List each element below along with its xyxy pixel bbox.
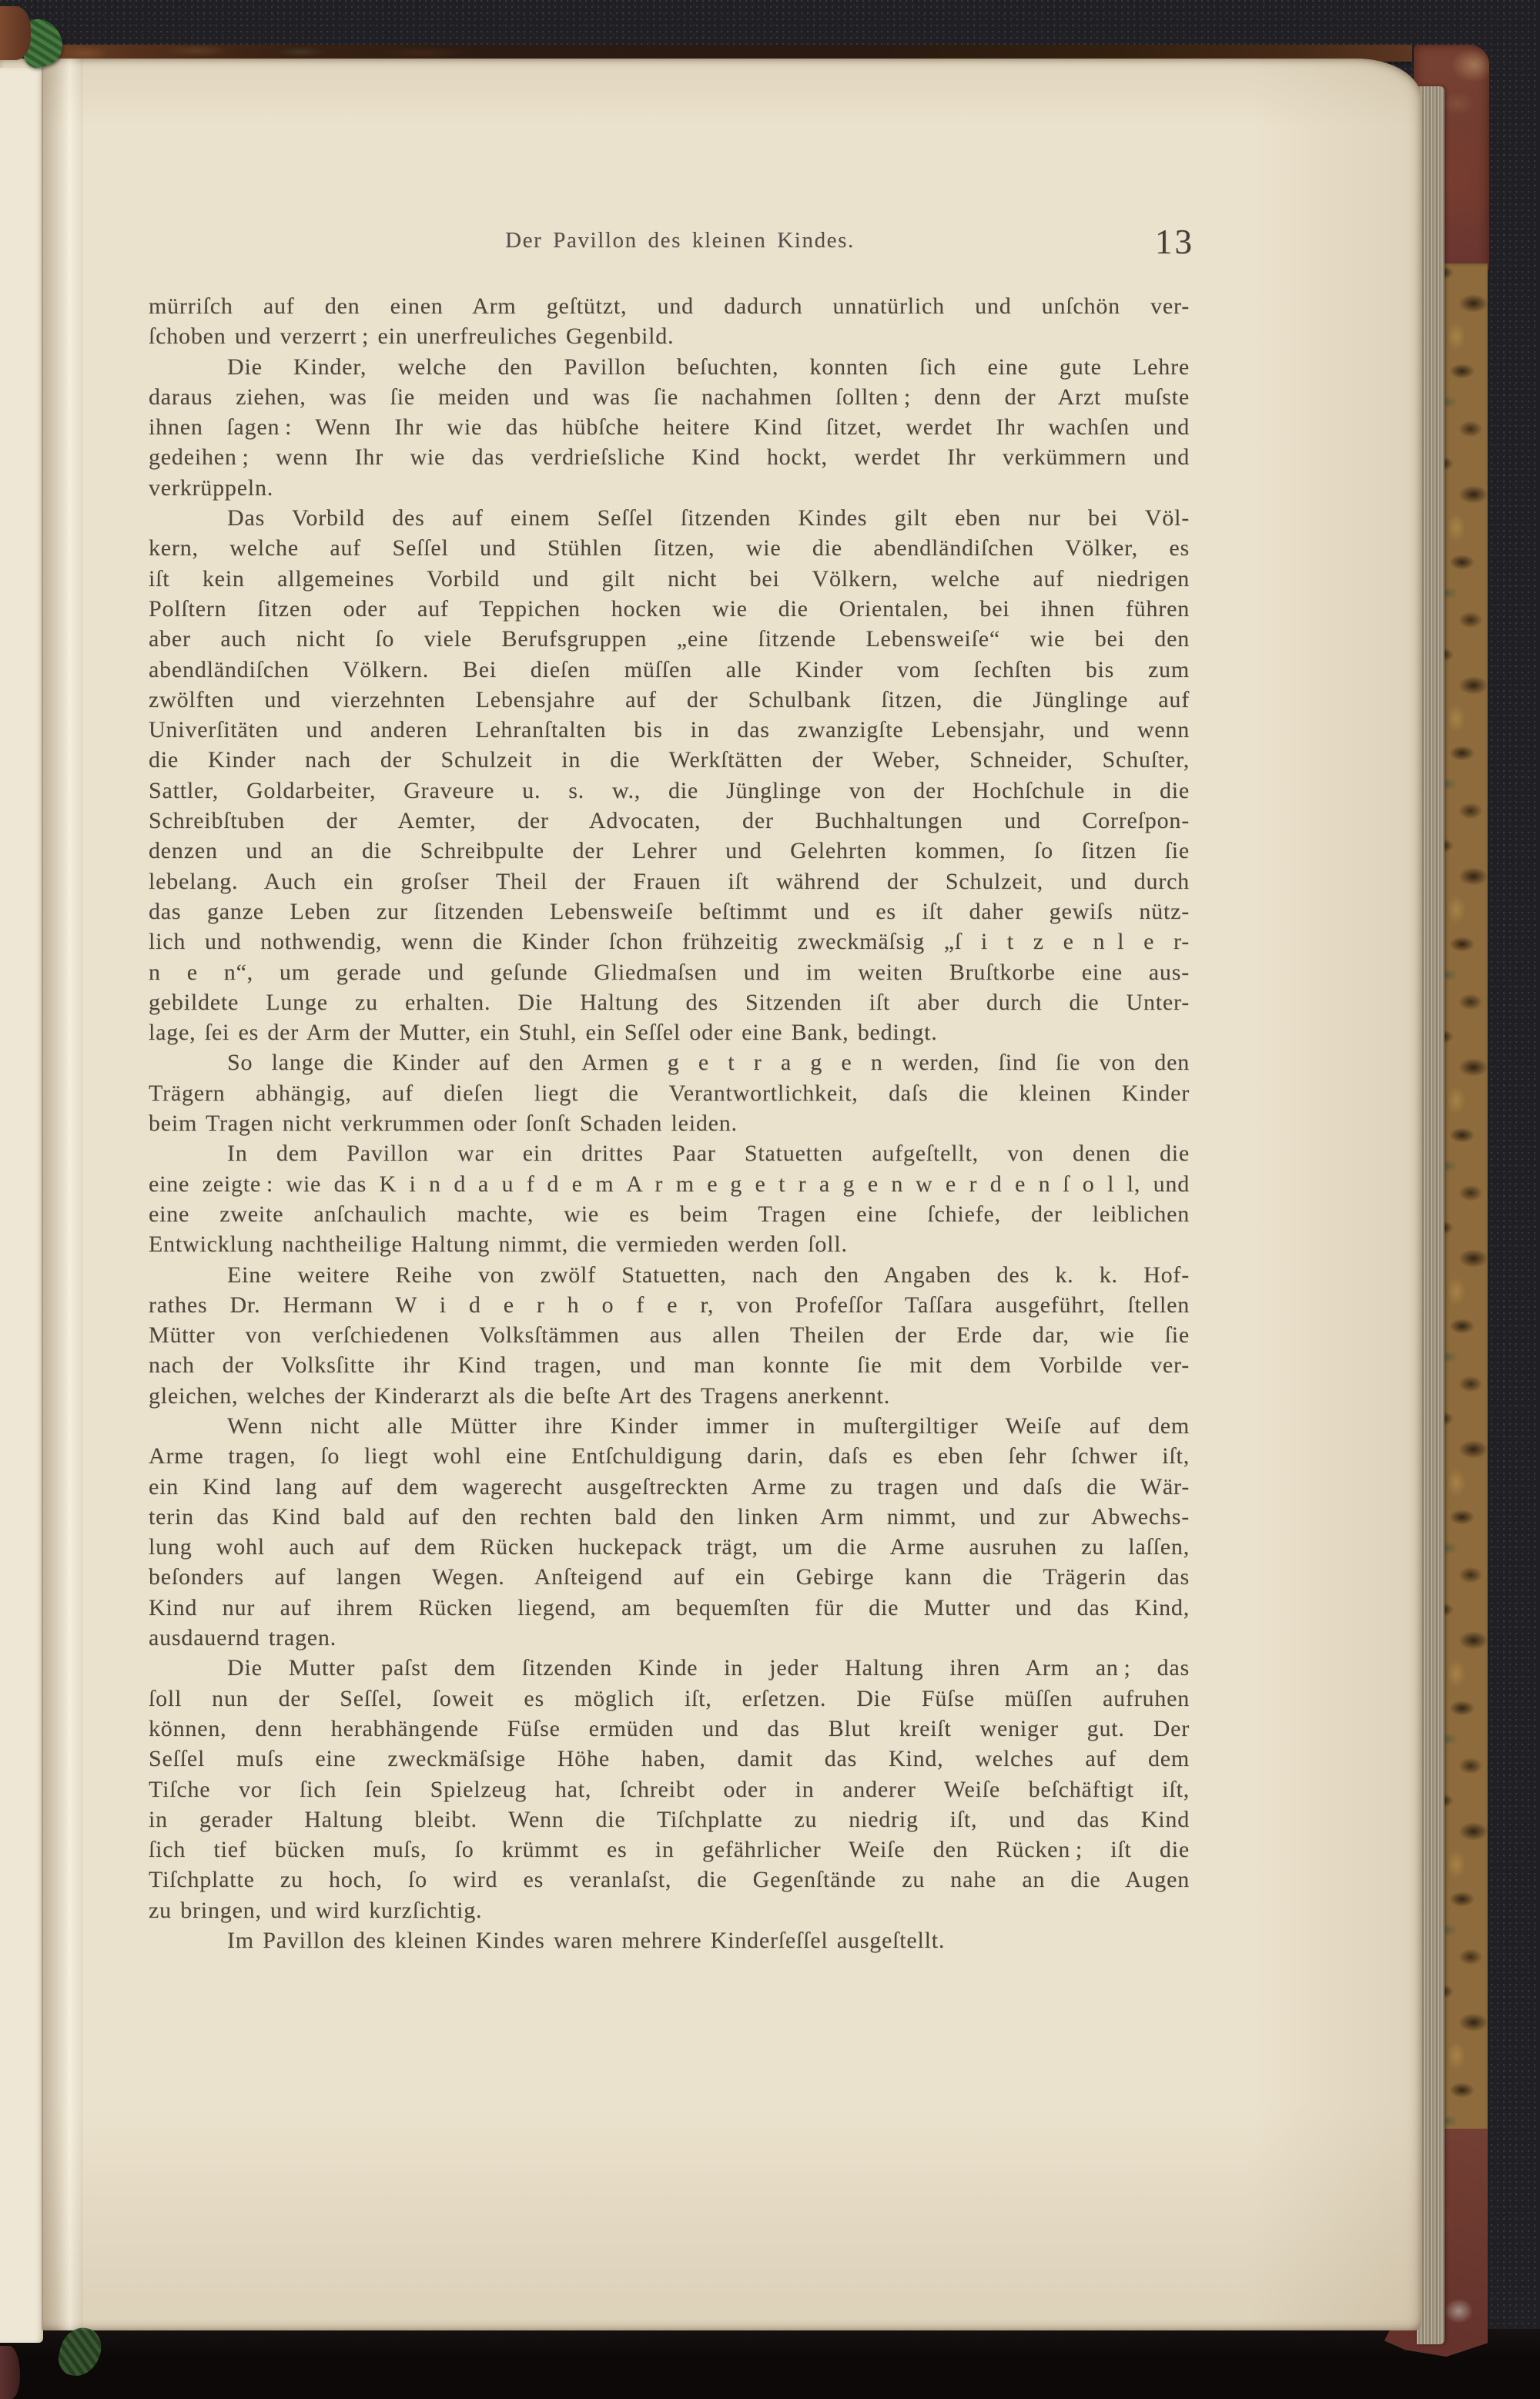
text-line: Die Mutter paſst dem ſitzenden Kinde in … [149, 1653, 1190, 1683]
text-line: verkrüppeln. [149, 473, 1190, 503]
text-line: ausdauernd tragen. [149, 1623, 1190, 1653]
text-line: lich und nothwendig, wenn die Kinder ſch… [149, 926, 1190, 957]
text-line: eine zweite anſchaulich machte, wie es b… [149, 1199, 1190, 1229]
text-line: zwölften und vierzehnten Lebensjahre auf… [149, 685, 1190, 715]
text-line: lebelang. Auch ein groſser Theil der Fra… [149, 866, 1190, 896]
text-line: eine zeigte : wie das K i n d a u f d e … [149, 1169, 1190, 1199]
text-line: Univerſitäten und anderen Lehranſtalten … [149, 715, 1190, 745]
text-line: Polſtern ſitzen oder auf Teppichen hocke… [149, 594, 1190, 624]
text-line: Mütter von verſchiedenen Volksſtämmen au… [149, 1320, 1190, 1350]
text-line: ein Kind lang auf dem wagerecht ausgeſtr… [149, 1472, 1190, 1502]
text-line: mürriſch auf den einen Arm geſtützt, und… [149, 291, 1190, 321]
text-line: in gerader Haltung bleibt. Wenn die Tiſc… [149, 1804, 1190, 1834]
text-line: terin das Kind bald auf den rechten bald… [149, 1502, 1190, 1532]
page-number: 13 [1155, 222, 1194, 262]
text-line: Seſſel muſs eine zweckmäſsige Höhe haben… [149, 1744, 1190, 1774]
text-line: daraus ziehen, was ſie meiden und was ſi… [149, 382, 1190, 412]
text-line: Entwicklung nachtheilige Haltung nimmt, … [149, 1229, 1190, 1259]
text-line: Trägern abhängig, auf dieſen liegt die V… [149, 1078, 1190, 1108]
text-line: denzen und an die Schreibpulte der Lehre… [149, 836, 1190, 866]
text-line: ſchoben und verzerrt ; ein unerfreuliche… [149, 321, 1190, 351]
text-line: gedeihen ; wenn Ihr wie das verdrieſslic… [149, 442, 1190, 472]
text-line: beſonders auf langen Wegen. Anſteigend a… [149, 1562, 1190, 1592]
page-header: Der Pavillon des kleinen Kindes. 13 [149, 228, 1190, 277]
text-line: Wenn nicht alle Mütter ihre Kinder immer… [149, 1411, 1190, 1441]
text-line: Das Vorbild des auf einem Seſſel ſitzend… [149, 503, 1190, 533]
text-line: lage, ſei es der Arm der Mutter, ein Stu… [149, 1017, 1190, 1047]
text-line: zu bringen, und wird kurzſichtig. [149, 1895, 1190, 1925]
scanner-background: Der Pavillon des kleinen Kindes. 13 mürr… [0, 0, 1540, 2399]
text-line: rathes Dr. Hermann W i d e r h o f e r, … [149, 1290, 1190, 1320]
text-line: Schreibſtuben der Aemter, der Advocaten,… [149, 806, 1190, 836]
text-line: können, denn herabhängende Füſse ermüden… [149, 1714, 1190, 1744]
text-line: So lange die Kinder auf den Armen g e t … [149, 1047, 1190, 1077]
text-line: abendländiſchen Völkern. Bei dieſen müſſ… [149, 655, 1190, 685]
text-line: iſt kein allgemeines Vorbild und gilt ni… [149, 564, 1190, 594]
text-line: In dem Pavillon war ein drittes Paar Sta… [149, 1138, 1190, 1168]
printed-page-content: Der Pavillon des kleinen Kindes. 13 mürr… [0, 0, 1540, 2399]
text-line: Arme tragen, ſo liegt wohl eine Entſchul… [149, 1441, 1190, 1471]
text-line: Im Pavillon des kleinen Kindes waren meh… [149, 1925, 1190, 1955]
text-line: ſich tief bücken muſs, ſo krümmt es in g… [149, 1834, 1190, 1865]
text-line: Kind nur auf ihrem Rücken liegend, am be… [149, 1593, 1190, 1623]
text-line: ihnen ſagen : Wenn Ihr wie das hübſche h… [149, 412, 1190, 442]
text-line: n e n“, um gerade und geſunde Gliedmaſse… [149, 957, 1190, 987]
text-line: die Kinder nach der Schulzeit in die Wer… [149, 745, 1190, 775]
text-line: lung wohl auch auf dem Rücken huckepack … [149, 1532, 1190, 1562]
text-line: Die Kinder, welche den Pavillon beſuchte… [149, 352, 1190, 382]
text-line: ſoll nun der Seſſel, ſoweit es möglich i… [149, 1684, 1190, 1714]
text-line: kern, welche auf Seſſel und Stühlen ſitz… [149, 533, 1190, 563]
text-line: gleichen, welches der Kinderarzt als die… [149, 1381, 1190, 1411]
text-line: aber auch nicht ſo viele Berufsgruppen „… [149, 624, 1190, 654]
body-text: mürriſch auf den einen Arm geſtützt, und… [149, 291, 1190, 1955]
text-line: beim Tragen nicht verkrummen oder ſonſt … [149, 1108, 1190, 1138]
text-line: Eine weitere Reihe von zwölf Statuetten,… [149, 1260, 1190, 1290]
running-title: Der Pavillon des kleinen Kindes. [159, 228, 1200, 253]
text-line: das ganze Leben zur ſitzenden Lebensweiſ… [149, 896, 1190, 926]
text-line: Tiſchplatte zu hoch, ſo wird es veranlaſ… [149, 1865, 1190, 1895]
text-line: Sattler, Goldarbeiter, Graveure u. s. w.… [149, 776, 1190, 806]
text-line: nach der Volksſitte ihr Kind tragen, und… [149, 1350, 1190, 1380]
text-line: gebildete Lunge zu erhalten. Die Haltung… [149, 987, 1190, 1017]
text-line: Tiſche vor ſich ſein Spielzeug hat, ſchr… [149, 1774, 1190, 1804]
